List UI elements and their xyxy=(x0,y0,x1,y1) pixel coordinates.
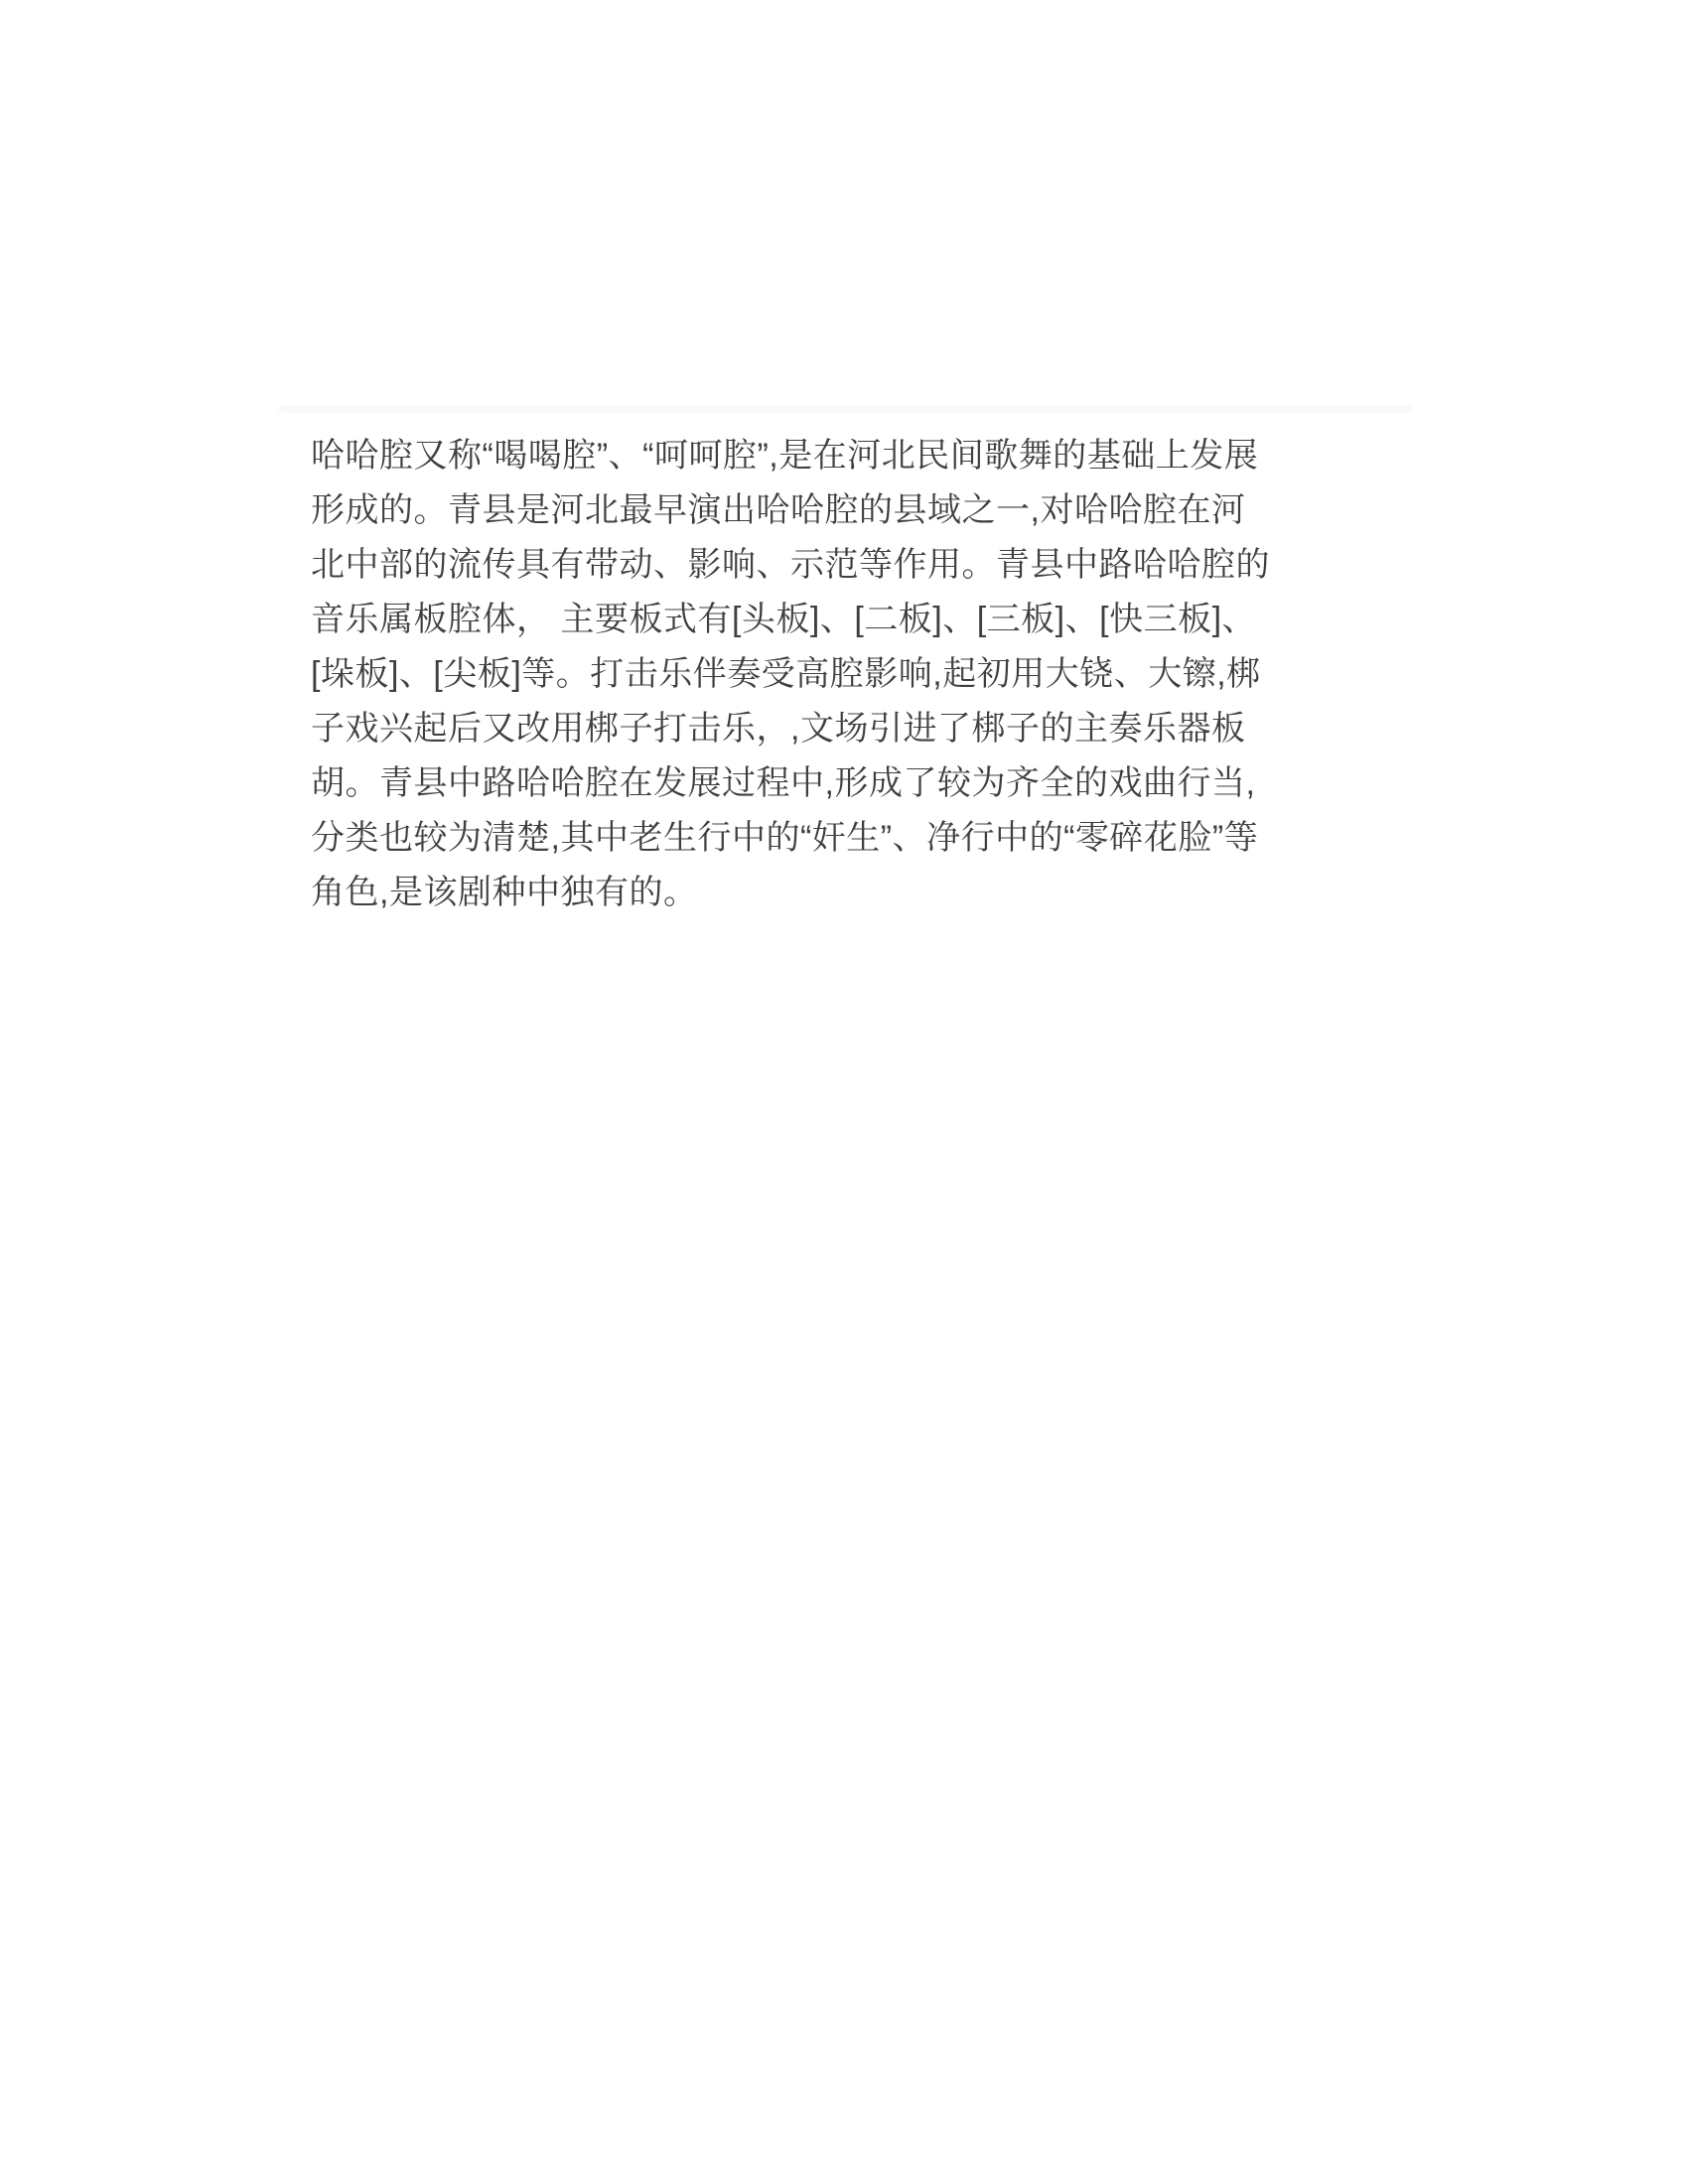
text-line: 音乐属板腔体， 主要板式有[头板]、[二板]、[三板]、[快三板]、 xyxy=(311,593,1383,647)
text-line: 角色,是该剧种中独有的。 xyxy=(311,866,1383,920)
text-line: [垛板]、[尖板]等。打击乐伴奏受高腔影响,起初用大铙、大镲,梆 xyxy=(311,647,1383,702)
text-line: 形成的。青县是河北最早演出哈哈腔的县域之一,对哈哈腔在河 xyxy=(311,483,1383,538)
text-line: 子戏兴起后又改用梆子打击乐，,文场引进了梆子的主奏乐器板 xyxy=(311,702,1383,756)
text-line: 分类也较为清楚,其中老生行中的“奸生”、净行中的“零碎花脸”等 xyxy=(311,811,1383,866)
article-text: 哈哈腔又称“喝喝腔”、“呵呵腔”,是在河北民间歌舞的基础上发展 形成的。青县是河… xyxy=(311,429,1383,920)
text-line: 哈哈腔又称“喝喝腔”、“呵呵腔”,是在河北民间歌舞的基础上发展 xyxy=(311,429,1383,483)
text-line: 胡。青县中路哈哈腔在发展过程中,形成了较为齐全的戏曲行当, xyxy=(311,756,1383,811)
section-divider xyxy=(278,405,1413,413)
text-line: 北中部的流传具有带动、影响、示范等作用。青县中路哈哈腔的 xyxy=(311,538,1383,593)
